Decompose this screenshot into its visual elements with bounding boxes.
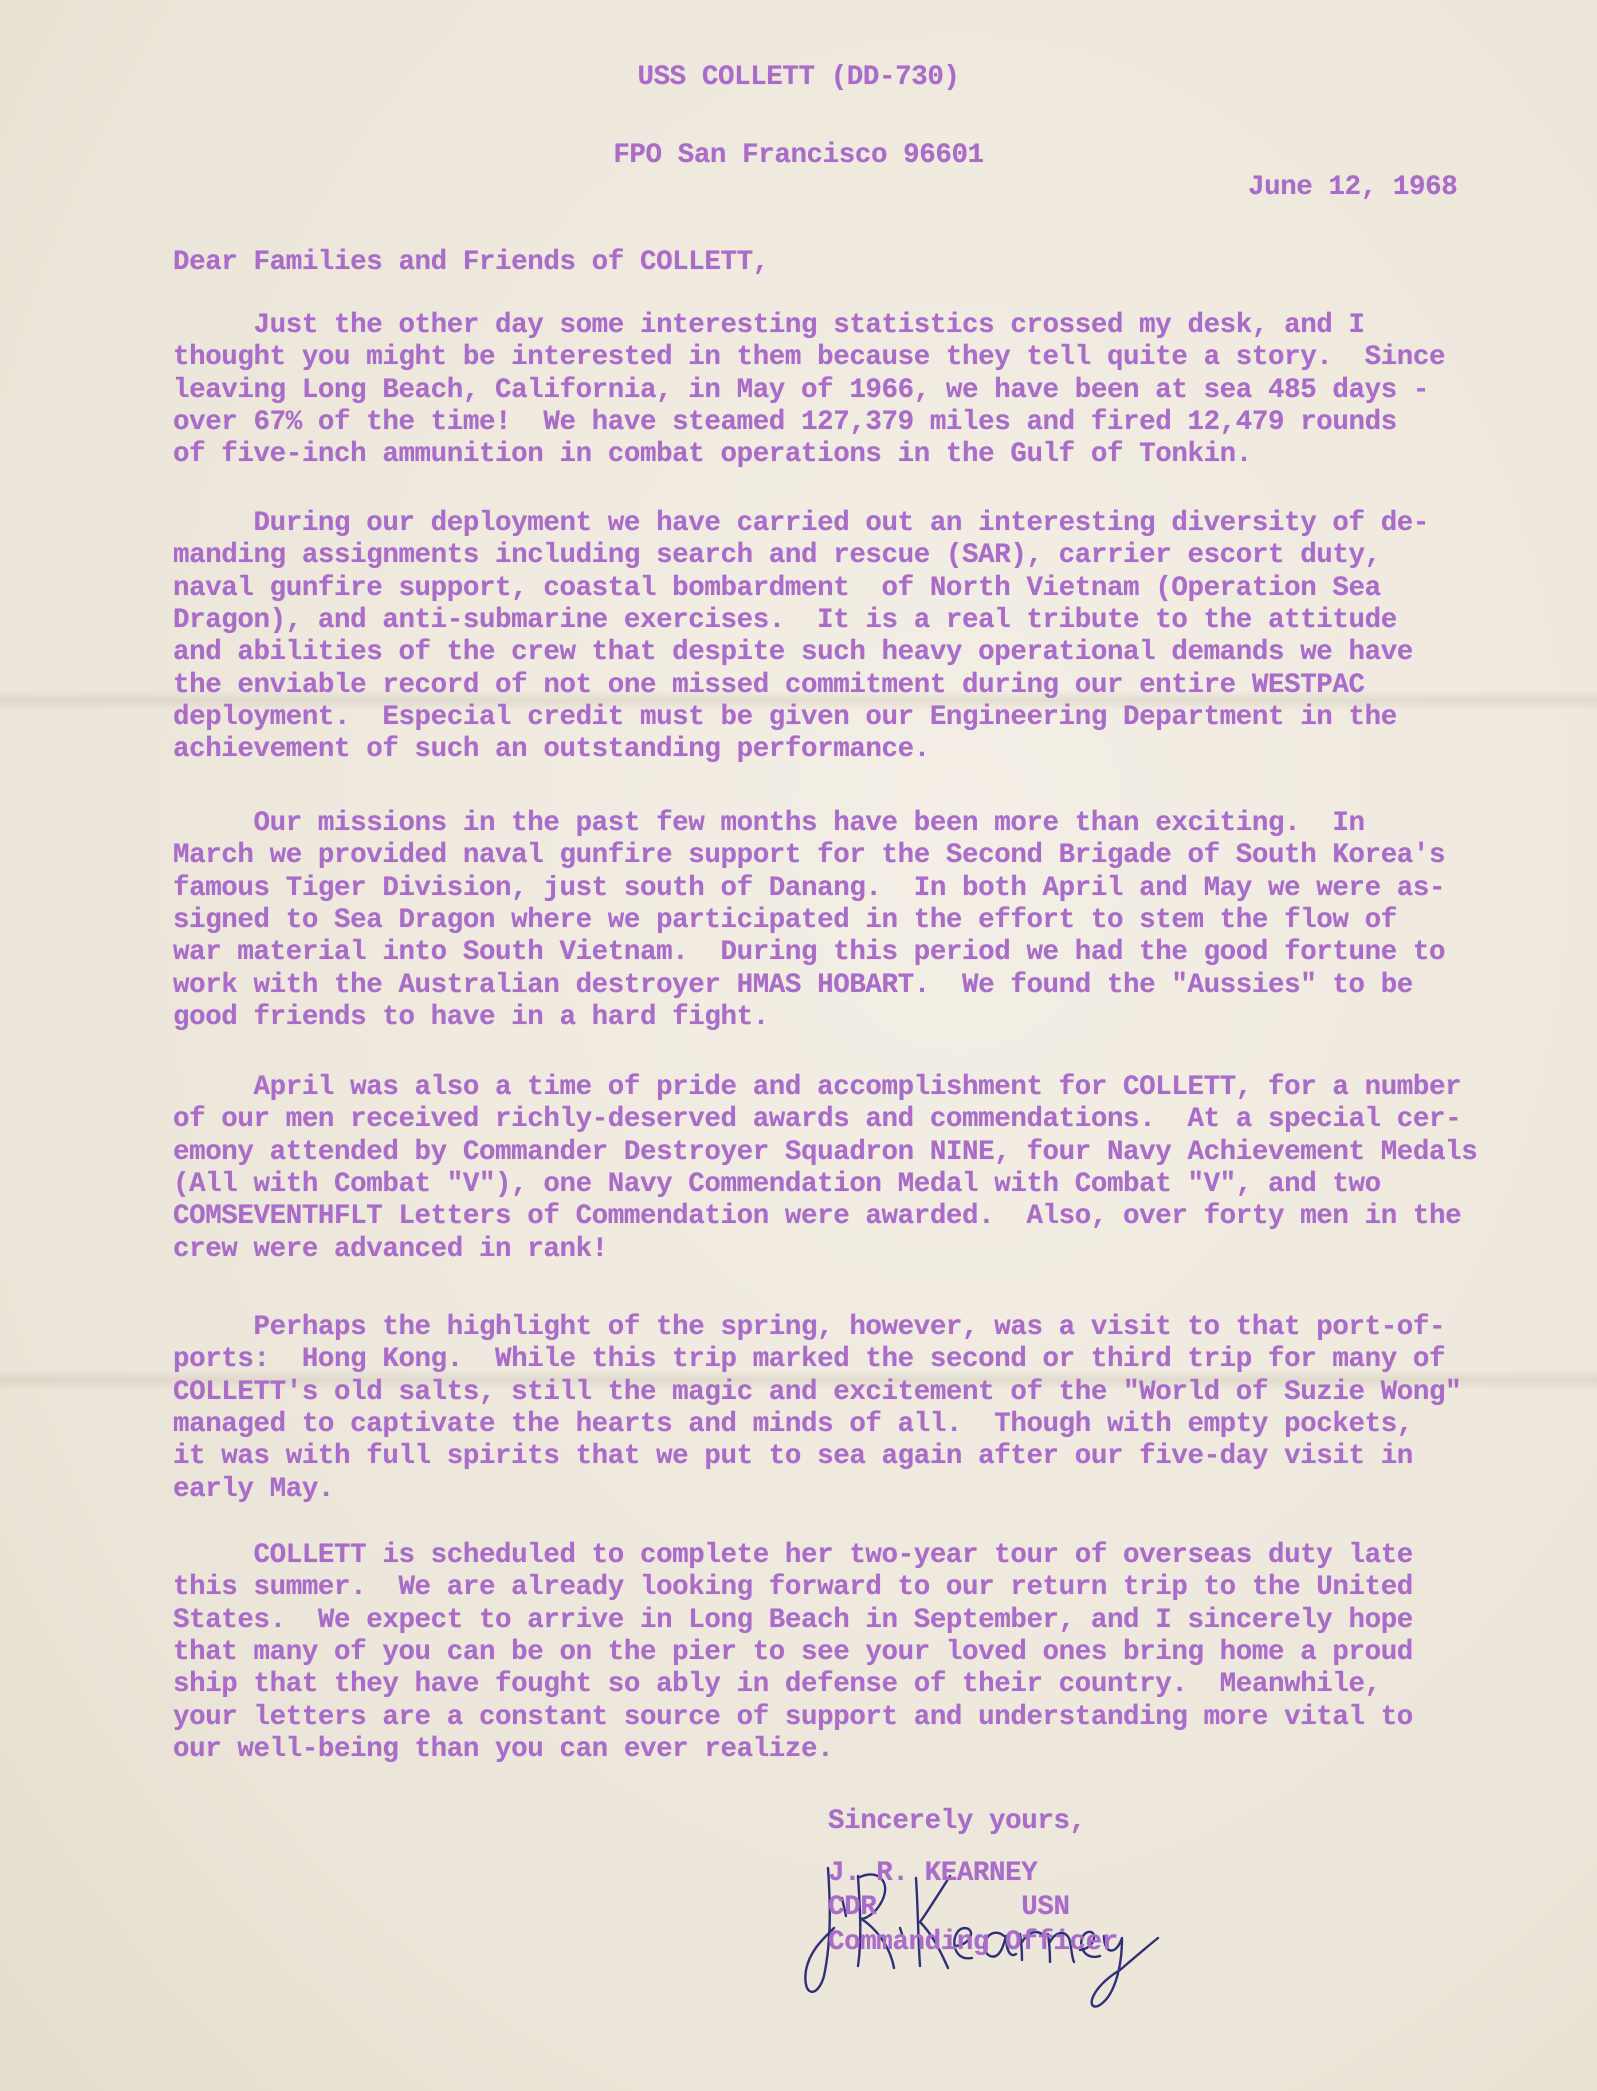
body-line: COLLETT is scheduled to complete her two… bbox=[173, 1540, 1413, 1571]
body-line: of five-inch ammunition in combat operat… bbox=[173, 439, 1252, 470]
salutation: Dear Families and Friends of COLLETT, bbox=[173, 247, 769, 278]
body-line: work with the Australian destroyer HMAS … bbox=[173, 970, 1413, 1001]
letterhead-ship: USS COLLETT (DD-730) bbox=[0, 62, 1597, 93]
body-line: ports: Hong Kong. While this trip marked… bbox=[173, 1344, 1445, 1375]
body-line: deployment. Especial credit must be give… bbox=[173, 702, 1397, 733]
body-line: crew were advanced in rank! bbox=[173, 1234, 608, 1265]
letter-date: June 12, 1968 bbox=[1248, 172, 1457, 203]
body-line: During our deployment we have carried ou… bbox=[173, 508, 1429, 539]
body-line: March we provided naval gunfire support … bbox=[173, 840, 1445, 871]
body-line: war material into South Vietnam. During … bbox=[173, 937, 1445, 968]
body-line: this summer. We are already looking forw… bbox=[173, 1572, 1413, 1603]
body-line: COLLETT's old salts, still the magic and… bbox=[173, 1377, 1461, 1408]
letter-page: USS COLLETT (DD-730) FPO San Francisco 9… bbox=[0, 0, 1597, 2091]
body-line: Our missions in the past few months have… bbox=[173, 808, 1365, 839]
body-line: the enviable record of not one missed co… bbox=[173, 670, 1365, 701]
body-line: and abilities of the crew that despite s… bbox=[173, 637, 1413, 668]
body-line: it was with full spirits that we put to … bbox=[173, 1441, 1413, 1472]
body-line: good friends to have in a hard fight. bbox=[173, 1002, 769, 1033]
body-line: over 67% of the time! We have steamed 12… bbox=[173, 407, 1397, 438]
body-line: Just the other day some interesting stat… bbox=[173, 310, 1365, 341]
body-line: famous Tiger Division, just south of Dan… bbox=[173, 873, 1445, 904]
body-line: COMSEVENTHFLT Letters of Commendation we… bbox=[173, 1201, 1461, 1232]
body-line: of our men received richly-deserved awar… bbox=[173, 1104, 1461, 1135]
body-line: achievement of such an outstanding perfo… bbox=[173, 734, 930, 765]
body-line: thought you might be interested in them … bbox=[173, 342, 1445, 373]
body-line: your letters are a constant source of su… bbox=[173, 1702, 1413, 1733]
body-line: emony attended by Commander Destroyer Sq… bbox=[173, 1137, 1477, 1168]
body-line: manding assignments including search and… bbox=[173, 540, 1381, 571]
body-line: that many of you can be on the pier to s… bbox=[173, 1637, 1413, 1668]
body-line: (All with Combat "V"), one Navy Commenda… bbox=[173, 1169, 1381, 1200]
body-line: our well-being than you can ever realize… bbox=[173, 1734, 833, 1765]
body-line: ship that they have fought so ably in de… bbox=[173, 1669, 1381, 1700]
signer-rank: CDR USN bbox=[828, 1892, 1070, 1923]
body-line: Dragon), and anti-submarine exercises. I… bbox=[173, 605, 1397, 636]
body-line: leaving Long Beach, California, in May o… bbox=[173, 375, 1429, 406]
body-line: Perhaps the highlight of the spring, how… bbox=[173, 1312, 1445, 1343]
body-line: managed to captivate the hearts and mind… bbox=[173, 1409, 1413, 1440]
signer-title: Commanding Officer bbox=[828, 1927, 1118, 1958]
body-line: April was also a time of pride and accom… bbox=[173, 1072, 1461, 1103]
body-line: signed to Sea Dragon where we participat… bbox=[173, 905, 1397, 936]
body-line: States. We expect to arrive in Long Beac… bbox=[173, 1605, 1413, 1636]
valediction: Sincerely yours, bbox=[828, 1806, 1086, 1837]
body-line: early May. bbox=[173, 1474, 334, 1505]
signer-name: J. R. KEARNEY bbox=[828, 1858, 1037, 1889]
letterhead-address: FPO San Francisco 96601 bbox=[0, 140, 1597, 171]
body-line: naval gunfire support, coastal bombardme… bbox=[173, 573, 1381, 604]
